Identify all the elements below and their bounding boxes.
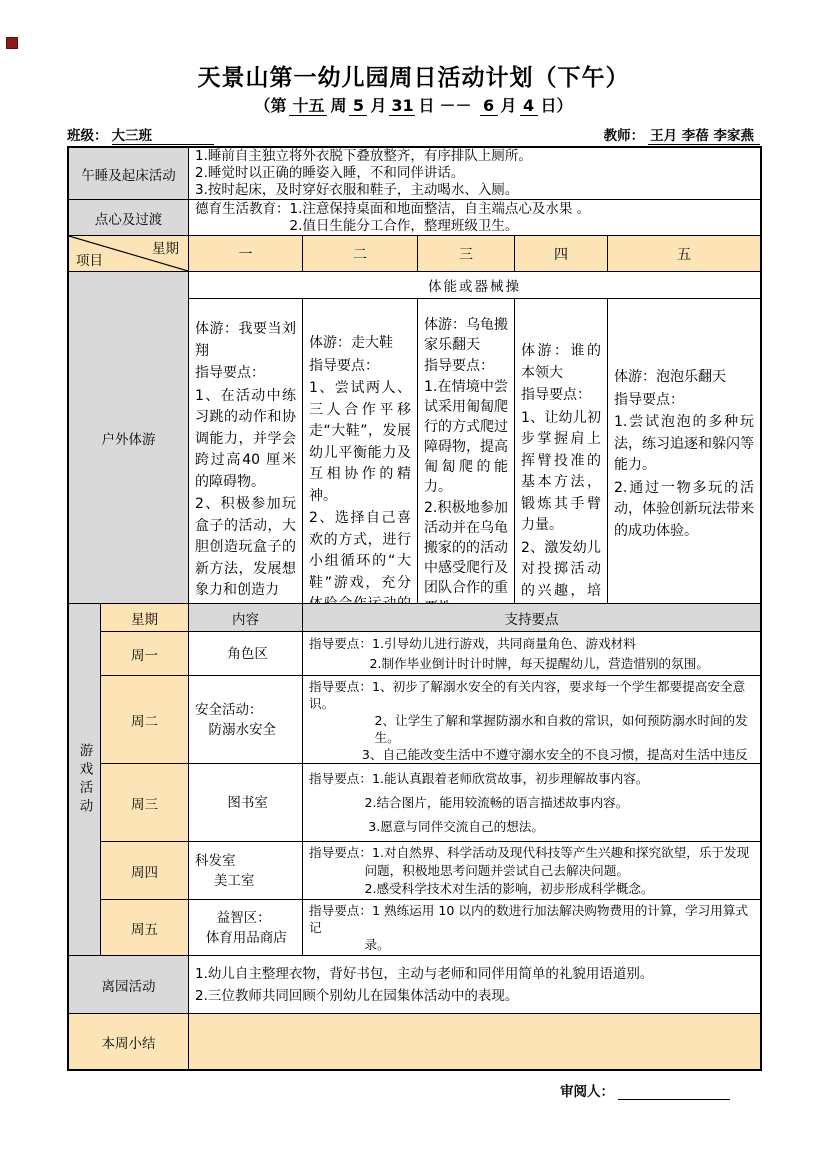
- page-title: 天景山第一幼儿园周日活动计划（下午）: [0, 62, 827, 94]
- meta-row: 班级：大三班 教师：王月 李蓓 李家燕: [67, 124, 760, 144]
- subtitle-prefix: （第: [254, 96, 286, 115]
- games-section-label: 游戏活动: [69, 604, 101, 956]
- games-row-fri-day: 周五: [101, 900, 189, 956]
- outdoor-monday-cell: 体游：我要当刘翔指导要点：1、在活动中练习跳的动作和协调能力，并学会跨过高40 …: [189, 299, 303, 604]
- snack-row-content: 德育生活教育：1.注意保持桌面和地面整洁，自主端点心及水果 。2.值日生能分工合…: [189, 200, 760, 236]
- outdoor-tuesday-cell: 体游：走大鞋指导要点：1、尝试两人、三人合作平移走“大鞋”，发展幼儿平衡能力及互…: [303, 299, 418, 604]
- start-day: 31: [389, 97, 415, 116]
- class-field: 班级：大三班: [67, 124, 214, 144]
- end-day: 4: [520, 97, 538, 116]
- exercise-row: 体能或器械操: [189, 272, 760, 299]
- games-row-wed-content: 图书室: [189, 764, 303, 842]
- day-header-thu: 四: [515, 236, 608, 272]
- outdoor-section-label: 户外体游: [69, 272, 189, 604]
- games-row-mon-points: 指导要点：1.引导幼儿进行游戏，共同商量角色、游戏材料2.制作毕业倒计时计时牌，…: [303, 632, 760, 676]
- summary-row-content: [189, 1014, 760, 1069]
- day-header-mon: 一: [189, 236, 303, 272]
- games-row-tue-day: 周二: [101, 676, 189, 764]
- corner-week-label: 星期: [152, 237, 179, 257]
- week-number: 十五: [289, 97, 327, 116]
- subtitle-month-char1: 月: [370, 96, 386, 115]
- day-header-tue: 二: [303, 236, 418, 272]
- games-header-points: 支持要点: [303, 604, 760, 632]
- games-section-label-text: 游戏活动: [75, 743, 95, 817]
- snack-row-label: 点心及过渡: [69, 200, 189, 236]
- leave-row-label: 离园活动: [69, 956, 189, 1014]
- games-row-wed-points: 指导要点：1.能认真跟着老师欣赏故事，初步理解故事内容。2.结合图片，能用较流畅…: [303, 764, 760, 842]
- games-row-mon-content: 角色区: [189, 632, 303, 676]
- teacher-names: 王月 李蓓 李家燕: [648, 124, 760, 145]
- outdoor-thursday-cell: 体游：谁的本领大指导要点：1、让幼儿初步掌握肩上挥臂投准的基本方法，锻炼其手臂力…: [515, 299, 608, 604]
- page-subtitle: （第十五周5月31日－－6月4日）: [0, 96, 827, 118]
- games-row-thu-day: 周四: [101, 842, 189, 900]
- day-header-wed: 三: [418, 236, 515, 272]
- document-page: 天景山第一幼儿园周日活动计划（下午） （第十五周5月31日－－6月4日） 班级：…: [0, 0, 827, 1170]
- teacher-label: 教师：: [604, 128, 645, 144]
- games-header-day: 星期: [101, 604, 189, 632]
- summary-row-label: 本周小结: [69, 1014, 189, 1069]
- games-row-wed-day: 周三: [101, 764, 189, 842]
- day-header-fri: 五: [608, 236, 760, 272]
- subtitle-day-char1: 日: [418, 96, 434, 115]
- outdoor-friday-cell: 体游：泡泡乐翻天指导要点：1.尝试泡泡的多种玩法，练习追逐和躲闪等能力。2.通过…: [608, 299, 760, 604]
- games-row-tue-points: 指导要点：1、初步了解溺水安全的有关内容，要求每一个学生都要提高安全意识。2、让…: [303, 676, 760, 764]
- games-row-thu-content: 科发室美工室: [189, 842, 303, 900]
- red-marker: [6, 37, 18, 49]
- start-month: 5: [349, 97, 367, 116]
- end-month: 6: [480, 97, 498, 116]
- games-row-mon-day: 周一: [101, 632, 189, 676]
- nap-row-content: 1.睡前自主独立将外衣脱下叠放整齐，有序排队上厕所。2.睡觉时以正确的睡姿入睡，…: [189, 148, 760, 200]
- class-value: 大三班: [112, 124, 214, 145]
- corner-header-cell: 星期 项目: [69, 236, 189, 272]
- reviewer-label: 审阅人：: [560, 1080, 614, 1100]
- games-row-thu-points: 指导要点：1.对自然界、科学活动及现代科技等产生兴趣和探究欲望，乐于发现问题，积…: [303, 842, 760, 900]
- reviewer-blank-line: [618, 1084, 730, 1100]
- date-range-dash: －－: [440, 96, 472, 115]
- schedule-table: 午睡及起床活动 1.睡前自主独立将外衣脱下叠放整齐，有序排队上厕所。2.睡觉时以…: [67, 146, 762, 1071]
- outdoor-wednesday-cell: 体游：乌龟搬家乐翻天指导要点：1.在情境中尝试采用匍匐爬行的方式爬过障碍物，提高…: [418, 299, 515, 604]
- leave-row-content: 1.幼儿自主整理衣物，背好书包，主动与老师和同伴用简单的礼貌用语道别。2.三位教…: [189, 956, 760, 1014]
- games-header-content: 内容: [189, 604, 303, 632]
- games-row-tue-content: 安全活动：防溺水安全: [189, 676, 303, 764]
- teacher-field: 教师：王月 李蓓 李家燕: [604, 124, 760, 144]
- nap-row-label: 午睡及起床活动: [69, 148, 189, 200]
- subtitle-suffix: 日）: [541, 96, 573, 115]
- subtitle-week-char: 周: [330, 96, 346, 115]
- subtitle-month-char2: 月: [501, 96, 517, 115]
- class-label: 班级：: [67, 128, 108, 144]
- footer-row: 审阅人：: [0, 1080, 730, 1100]
- games-row-fri-points: 指导要点：1 熟练运用 10 以内的数进行加法解决购物费用的计算，学习用算式记录…: [303, 900, 760, 956]
- games-row-fri-content: 益智区：体育用品商店: [189, 900, 303, 956]
- corner-item-label: 项目: [76, 249, 103, 269]
